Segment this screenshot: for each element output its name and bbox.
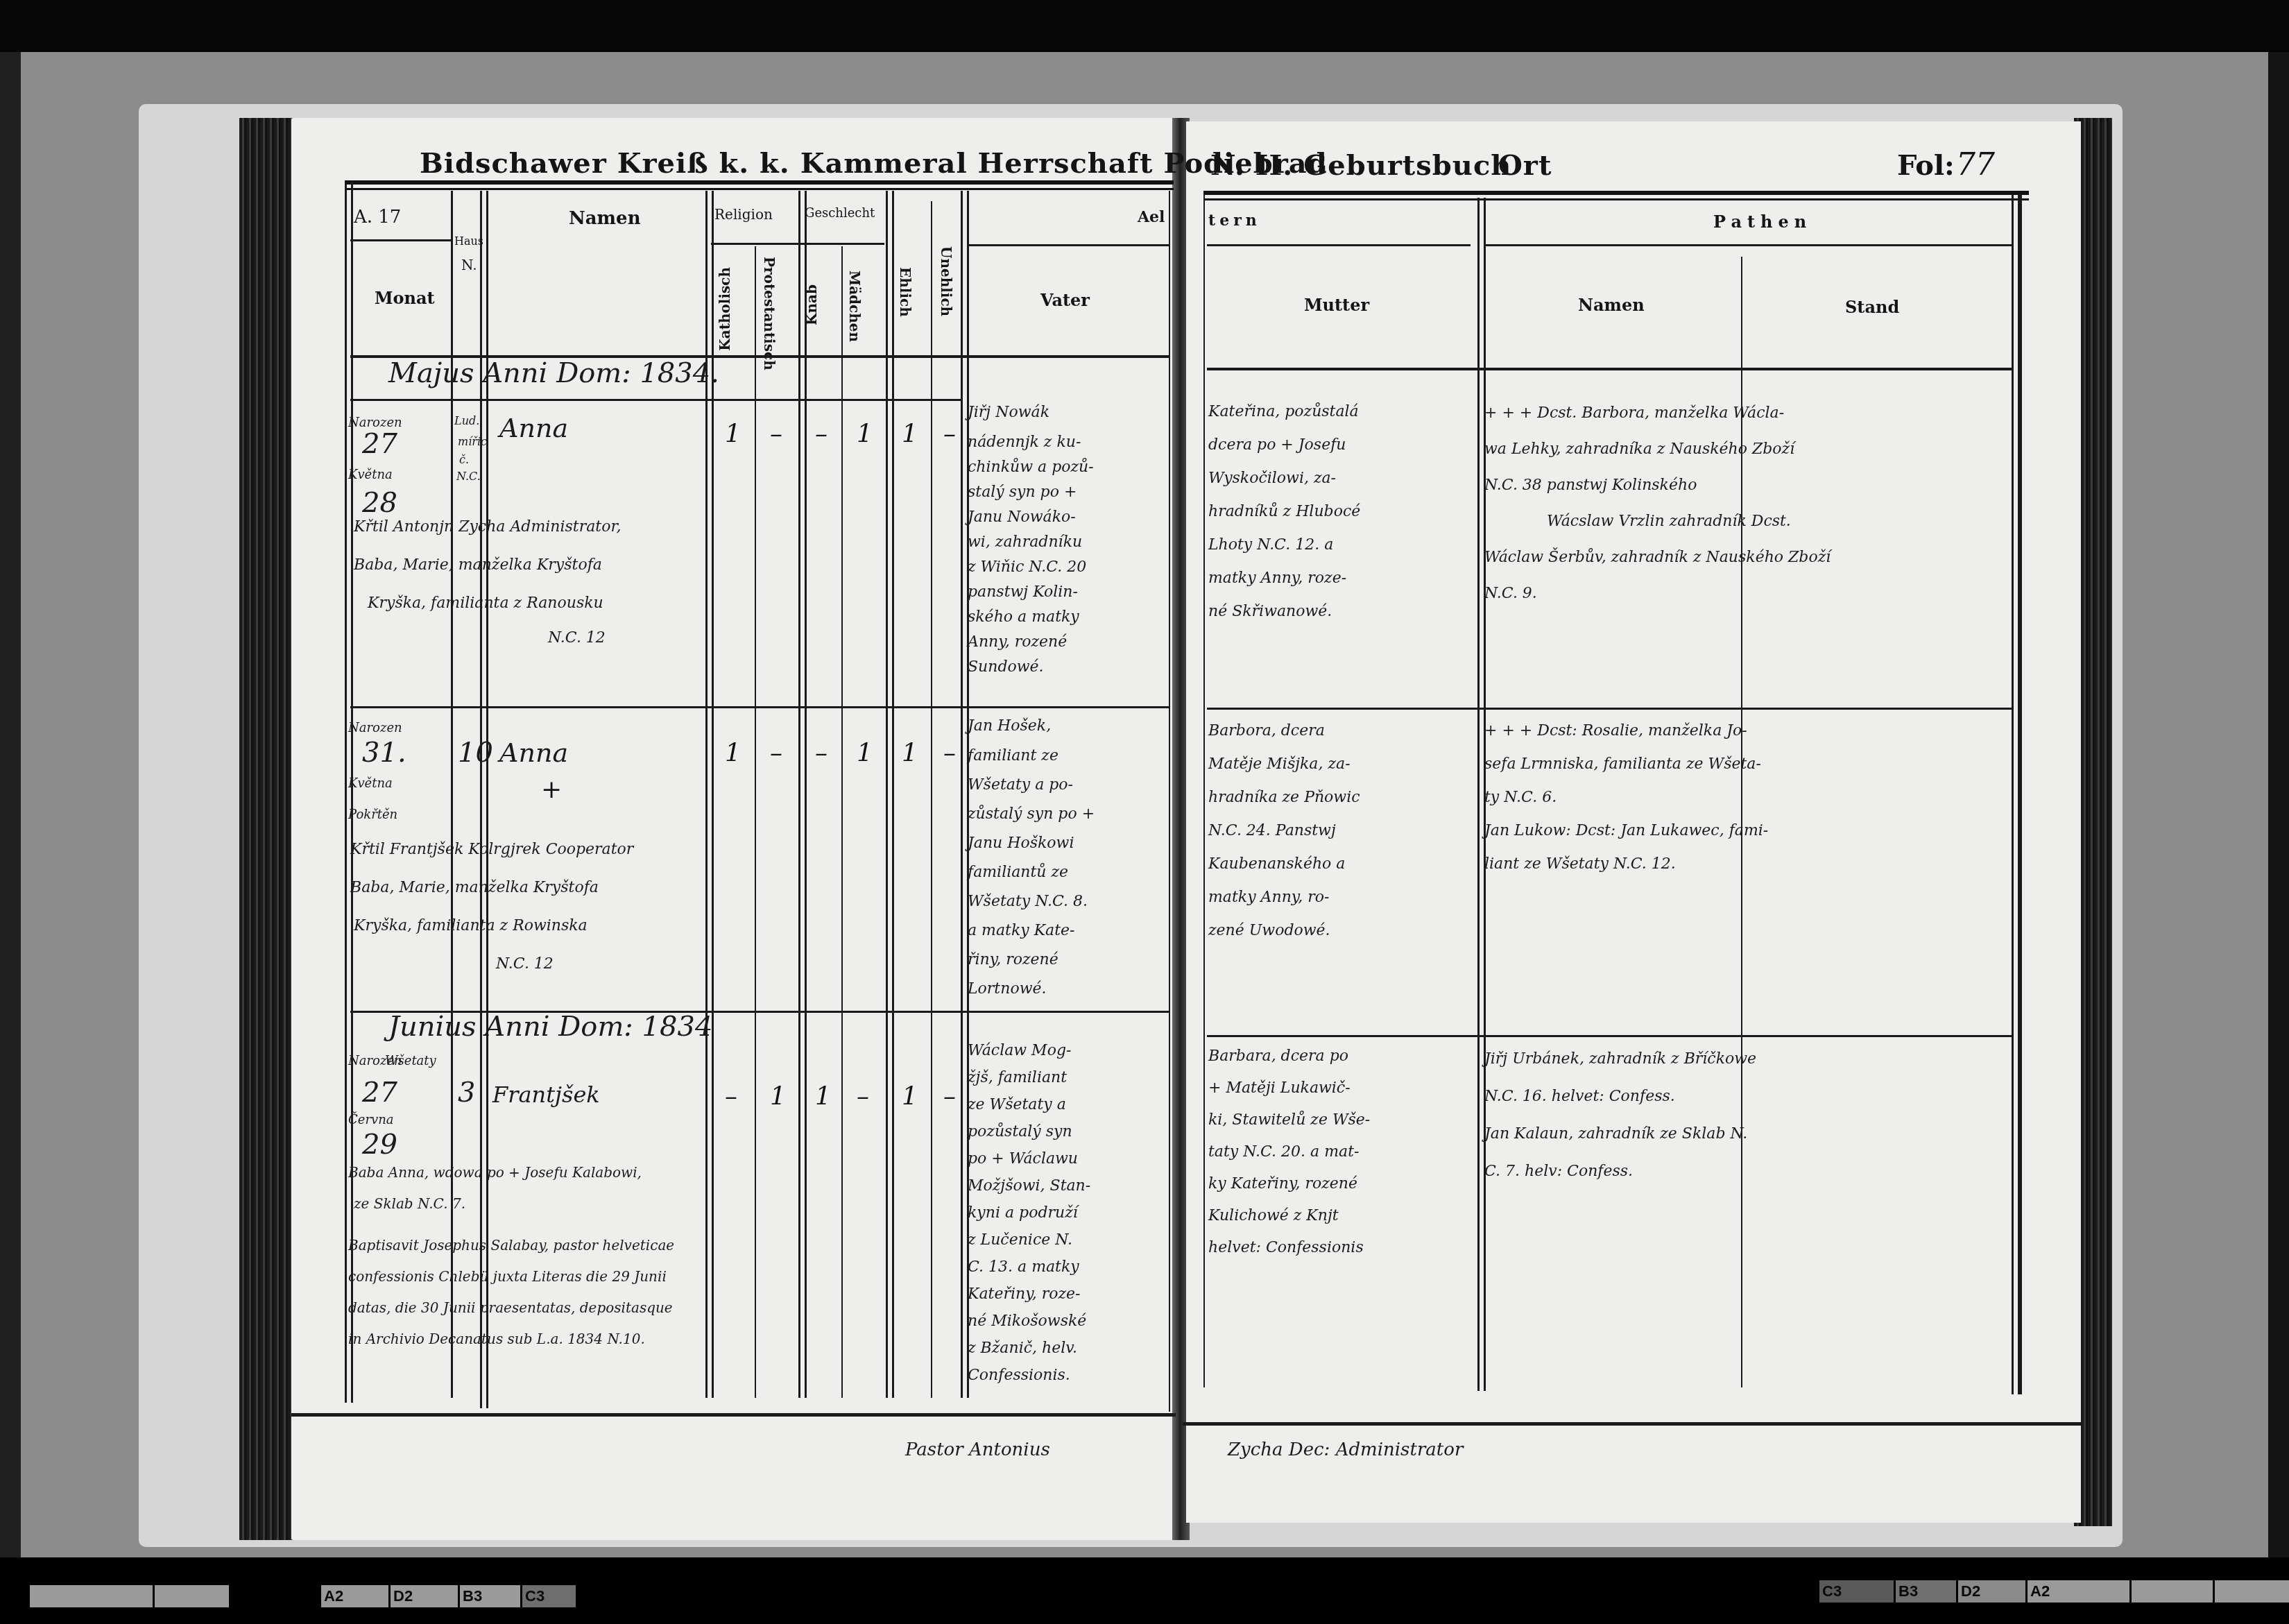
vater-line: kyni a podruží [968, 1199, 1165, 1226]
vater-line: panstwj Kolin- [968, 580, 1165, 605]
entry-2-pathen: + + + Dcst: Rosalie, manželka Jo- sefa L… [1484, 715, 2012, 881]
left-page-title: Bidschawer Kreiß k. k. Kammeral Herrscha… [420, 147, 1328, 180]
col-divider [886, 191, 894, 1398]
vater-line: chinkůw a pozů- [968, 455, 1165, 480]
entry-2-protestantisch: – [770, 739, 782, 767]
pathen-line: + + + Dcst. Barbora, manželka Wácla- [1484, 395, 2012, 431]
entry-2-note-1: Křtil Frantjšek Kolrgjrek Cooperator [350, 832, 633, 867]
entry-2-month: Května [348, 767, 393, 801]
col-header-haus-n: N. [461, 257, 477, 273]
vater-line: zůstalý syn po + [968, 800, 1165, 829]
entry-1-house-line4: N.C. [456, 459, 481, 494]
header-rule-right [1203, 191, 2029, 200]
entry-1-katholisch: 1 [725, 420, 741, 448]
entry-3-unehlich: – [943, 1082, 956, 1111]
entry-2-day-born: 31. [362, 735, 406, 770]
entry-3-note-3: Baptisavit Josephus Salabay, pastor helv… [348, 1228, 674, 1263]
section-heading-june: Junius Anni Dom: 1834 [388, 1009, 712, 1044]
entry-1-maedchen: 1 [857, 420, 873, 448]
header-subrule [711, 243, 884, 245]
mutter-line: ki, Stawitelů ze Wše- [1208, 1104, 1475, 1136]
entry-2-note-3: Kryška, familianta z Rowinska [354, 909, 588, 943]
vater-line: z Wiňic N.C. 20 [968, 555, 1165, 580]
vater-line: Kateřiny, roze- [968, 1281, 1165, 1308]
pathen-line: N.C. 38 panstwj Kolinského [1484, 468, 2012, 504]
vater-line: ze Wšetaty a [968, 1091, 1165, 1118]
vater-line: ského a matky [968, 605, 1165, 630]
entry-1-pathen: + + + Dcst. Barbora, manželka Wácla- wa … [1484, 395, 2012, 612]
vater-line: pozůstalý syn [968, 1118, 1165, 1145]
entry-3-note-1: Baba Anna, wdowa po + Josefu Kalabowi, [348, 1155, 642, 1190]
col-header-pathen-namen: Namen [1578, 295, 1645, 315]
entry-1-note-1: Křtil Antonjn Zycha Administrator, [354, 510, 621, 545]
entry-1-note-2: Baba, Marie, manželka Kryštofa [354, 548, 602, 583]
vater-line: a matky Kate- [968, 916, 1165, 946]
entry-3-knab: 1 [815, 1082, 831, 1111]
entry-1-vater: Jiřj Nowák nádennjk z ku- chinkůw a pozů… [968, 395, 1165, 680]
entry-1-day-born: 27 [362, 427, 397, 461]
mutter-line: matky Anny, ro- [1208, 881, 1475, 914]
pathen-line: Wáclaw Šerbův, zahradník z Nauského Zbož… [1484, 540, 2012, 576]
pathen-line: C. 7. helv: Confess. [1484, 1153, 2012, 1190]
entry-2-mutter: Barbora, dcera Matěje Mišjka, za- hradní… [1208, 715, 1475, 948]
col-header-protestantisch: Protestantisch [761, 257, 778, 370]
entry-2-note-2: Baba, Marie, manželka Kryštofa [350, 871, 599, 905]
mutter-line: ky Kateřiny, rozené [1208, 1168, 1475, 1200]
register-number: A. 17 [354, 207, 401, 228]
col-header-pathen: Pathen [1713, 212, 1812, 232]
scan-border-left [0, 52, 21, 1557]
mutter-line: Kateřina, pozůstalá [1208, 395, 1475, 429]
entry-3-ehlich: 1 [902, 1082, 918, 1111]
vater-line: C. 13. a matky [968, 1254, 1165, 1281]
folio-label: Fol: [1897, 149, 1955, 182]
entry-3-note-2: ze Sklab N.C. 7. [354, 1186, 465, 1221]
mutter-line: N.C. 24. Panstwj [1208, 814, 1475, 848]
right-footer-signature: Zycha Dec: Administrator [1228, 1433, 1463, 1467]
mutter-line: Matěje Mišjka, za- [1208, 748, 1475, 781]
mutter-line: né Skřiwanowé. [1208, 595, 1475, 629]
mutter-line: helvet: Confessionis [1208, 1232, 1475, 1264]
vater-line: nádennjk z ku- [968, 430, 1165, 455]
film-cell-c3: C3 [520, 1585, 576, 1607]
entry-1-child-name: Anna [499, 411, 568, 445]
vater-line: Možjšowi, Stan- [968, 1172, 1165, 1199]
bottom-rule-left [291, 1413, 1176, 1417]
entry-1-protestantisch: – [770, 420, 782, 448]
entry-3-mutter: Barbara, dcera po + Matěji Lukawič- ki, … [1208, 1041, 1475, 1264]
pathen-line: ty N.C. 6. [1484, 781, 2012, 814]
section-rule [350, 399, 961, 401]
vater-line: z Lučenice N. [968, 1226, 1165, 1254]
pathen-line: Jan Lukow: Dcst: Jan Lukawec, fami- [1484, 814, 2012, 848]
vater-line: Janu Nowáko- [968, 505, 1165, 530]
entry-3-house-number: 3 [458, 1075, 475, 1110]
mutter-line: zené Uwodowé. [1208, 914, 1475, 948]
entry-divider [350, 706, 1169, 708]
col-divider [841, 246, 843, 1398]
vater-line: Wšetaty N.C. 8. [968, 887, 1165, 916]
header-subrule [968, 244, 1169, 246]
vater-line: Sundowé. [968, 655, 1165, 680]
entry-1-ehlich: 1 [902, 420, 918, 448]
col-header-aeltern-part2: tern [1208, 212, 1261, 230]
entry-divider [1207, 708, 2012, 710]
pathen-line: N.C. 16. helvet: Confess. [1484, 1078, 2012, 1116]
mutter-line: hradníka ze Pňowic [1208, 781, 1475, 814]
film-cell-d2: D2 [388, 1585, 458, 1607]
entry-2-vater: Jan Hošek, familiant ze Wšetaty a po- zů… [968, 711, 1165, 1004]
entry-3-village: Wšetaty [385, 1044, 436, 1079]
col-header-monat: Monat [375, 288, 435, 308]
vater-line: po + Wáclawu [968, 1145, 1165, 1172]
entry-2-baptized-label: Pokřtěn [348, 798, 397, 832]
col-divider [931, 201, 932, 1398]
table-border-right-left-page [1169, 191, 1170, 1412]
col-divider [798, 191, 807, 1398]
section-heading-may: Majus Anni Dom: 1834. [388, 356, 719, 391]
entry-3-katholisch: – [725, 1082, 737, 1111]
film-cell-blank [153, 1585, 229, 1607]
film-cell-blank [2213, 1580, 2289, 1602]
header-subrule [350, 239, 451, 241]
film-cell-d2-right: D2 [1956, 1580, 2025, 1602]
mutter-line: taty N.C. 20. a mat- [1208, 1136, 1475, 1168]
vater-line: Janu Hoškowi [968, 829, 1165, 858]
entry-1-note-4: N.C. 12 [548, 621, 606, 656]
pathen-line: + + + Dcst: Rosalie, manželka Jo- [1484, 715, 2012, 748]
header-rule-left [345, 180, 1174, 190]
entry-2-unehlich: – [943, 739, 956, 767]
table-border-left-right-page [1203, 194, 1205, 1387]
pathen-line: Jan Kalaun, zahradník ze Sklab N. [1484, 1116, 2012, 1153]
col-header-knab: Knab [803, 284, 820, 325]
col-header-religion: Religion [714, 206, 773, 223]
col-header-aeltern-part1: Ael [1138, 208, 1165, 226]
col-header-geschlecht: Geschlecht [805, 206, 875, 221]
vater-line: Confessionis. [968, 1362, 1165, 1389]
vater-line: žjš, familiant [968, 1064, 1165, 1091]
entry-3-vater: Wáclaw Mog- žjš, familiant ze Wšetaty a … [968, 1037, 1165, 1389]
pathen-line: Jiřj Urbánek, zahradník z Bříčkowe [1484, 1041, 2012, 1078]
col-header-unehlich: Unehlich [938, 246, 954, 316]
entry-1-knab: – [815, 420, 828, 448]
vater-line: Anny, rozené [968, 630, 1165, 655]
pathen-line: liant ze Wšetaty N.C. 12. [1484, 848, 2012, 881]
mutter-line: hradníků z Hlubocé [1208, 495, 1475, 529]
mutter-line: dcera po + Josefu [1208, 429, 1475, 462]
left-footer-signature: Pastor Antonius [905, 1433, 1050, 1467]
entry-3-child-name: Frantjšek [492, 1077, 600, 1112]
col-header-maedchen: Mädchen [846, 271, 863, 342]
mutter-line: Kulichowé z Knjt [1208, 1200, 1475, 1232]
film-cell-a2: A2 [319, 1585, 388, 1607]
vater-line: familiant ze [968, 742, 1165, 771]
entry-3-note-5: datas, die 30 Junii praesentatas, deposi… [348, 1290, 673, 1325]
col-header-haus: Haus [454, 234, 483, 248]
col-header-stand: Stand [1845, 297, 1899, 317]
entry-2-maedchen: 1 [857, 739, 873, 767]
mutter-line: Kaubenanského a [1208, 848, 1475, 881]
col-header-ehlich: Ehlich [897, 267, 914, 317]
entry-divider [1207, 1035, 2012, 1037]
entry-2-note-4: N.C. 12 [496, 947, 554, 982]
film-cell-a2-right: A2 [2025, 1580, 2129, 1602]
entry-1-unehlich: – [943, 420, 956, 448]
vater-line: Wáclaw Mog- [968, 1037, 1165, 1064]
header-subrule [1207, 244, 1471, 246]
col-header-namen: Namen [569, 208, 641, 229]
vater-line: řiny, rozené [968, 946, 1165, 975]
film-cell-blank [28, 1585, 153, 1607]
vater-line: né Mikošowské [968, 1308, 1165, 1335]
mutter-line: Barbara, dcera po [1208, 1041, 1475, 1072]
pathen-line: N.C. 9. [1484, 576, 2012, 612]
film-cell-blank [2129, 1580, 2213, 1602]
folio-number: 77 [1956, 147, 1995, 182]
mutter-line: + Matěji Lukawič- [1208, 1072, 1475, 1104]
pathen-line: Wácslaw Vrzlin zahradník Dcst. [1484, 504, 2012, 540]
col-divider [755, 246, 756, 1398]
bottom-rule-right [1183, 1422, 2081, 1426]
vater-line: stalý syn po + [968, 480, 1165, 505]
entry-3-note-6: in Archivio Decanatus sub L.a. 1834 N.10… [348, 1322, 645, 1356]
scan-border-right [2268, 52, 2289, 1557]
right-page-ort-label: Ort [1498, 149, 1552, 182]
col-header-mutter: Mutter [1304, 295, 1369, 315]
pathen-line: sefa Lrmniska, familianta ze Wšeta- [1484, 748, 2012, 781]
vater-line: wi, zahradníku [968, 530, 1165, 555]
entry-2-katholisch: 1 [725, 739, 741, 767]
film-cell-c3-right: C3 [1817, 1580, 1894, 1602]
col-header-vater: Vater [1040, 290, 1090, 310]
vater-line: familiantů ze [968, 858, 1165, 887]
header-subrule [1484, 244, 2012, 246]
pathen-line: wa Lehky, zahradníka z Nauského Zboží [1484, 431, 2012, 468]
entry-3-pathen: Jiřj Urbánek, zahradník z Bříčkowe N.C. … [1484, 1041, 2012, 1190]
col-header-katholisch: Katholisch [717, 267, 733, 351]
entry-2-knab: – [815, 739, 828, 767]
mutter-line: Barbora, dcera [1208, 715, 1475, 748]
mutter-line: Lhoty N.C. 12. a [1208, 529, 1475, 562]
right-page-volume: N. II. Geburtsbuch [1210, 149, 1511, 182]
entry-3-protestantisch: 1 [770, 1082, 786, 1111]
entry-1-mutter: Kateřina, pozůstalá dcera po + Josefu Wy… [1208, 395, 1475, 629]
entry-2-ehlich: 1 [902, 739, 918, 767]
table-border-right [2012, 194, 2022, 1394]
vater-line: Jan Hošek, [968, 711, 1165, 742]
film-cell-b3: B3 [458, 1585, 520, 1607]
entry-1-note-3: Kryška, familianta z Ranousku [368, 586, 603, 621]
vater-line: Lortnowé. [968, 975, 1165, 1004]
header-bottom-rule [1207, 368, 2012, 370]
entry-3-note-4: confessionis Chlebü juxta Literas die 29… [348, 1259, 667, 1294]
mutter-line: matky Anny, roze- [1208, 562, 1475, 595]
entry-2-deceased-cross: + [541, 776, 562, 804]
mutter-line: Wyskočilowi, za- [1208, 462, 1475, 495]
entry-2-child-name: Anna [499, 735, 568, 770]
entry-2-house-number: 10 [458, 735, 493, 770]
entry-3-maedchen: – [857, 1082, 869, 1111]
vater-line: z Bžanič, helv. [968, 1335, 1165, 1362]
vater-line: Wšetaty a po- [968, 771, 1165, 800]
film-cell-b3-right: B3 [1894, 1580, 1956, 1602]
vater-line: Jiřj Nowák [968, 395, 1165, 430]
